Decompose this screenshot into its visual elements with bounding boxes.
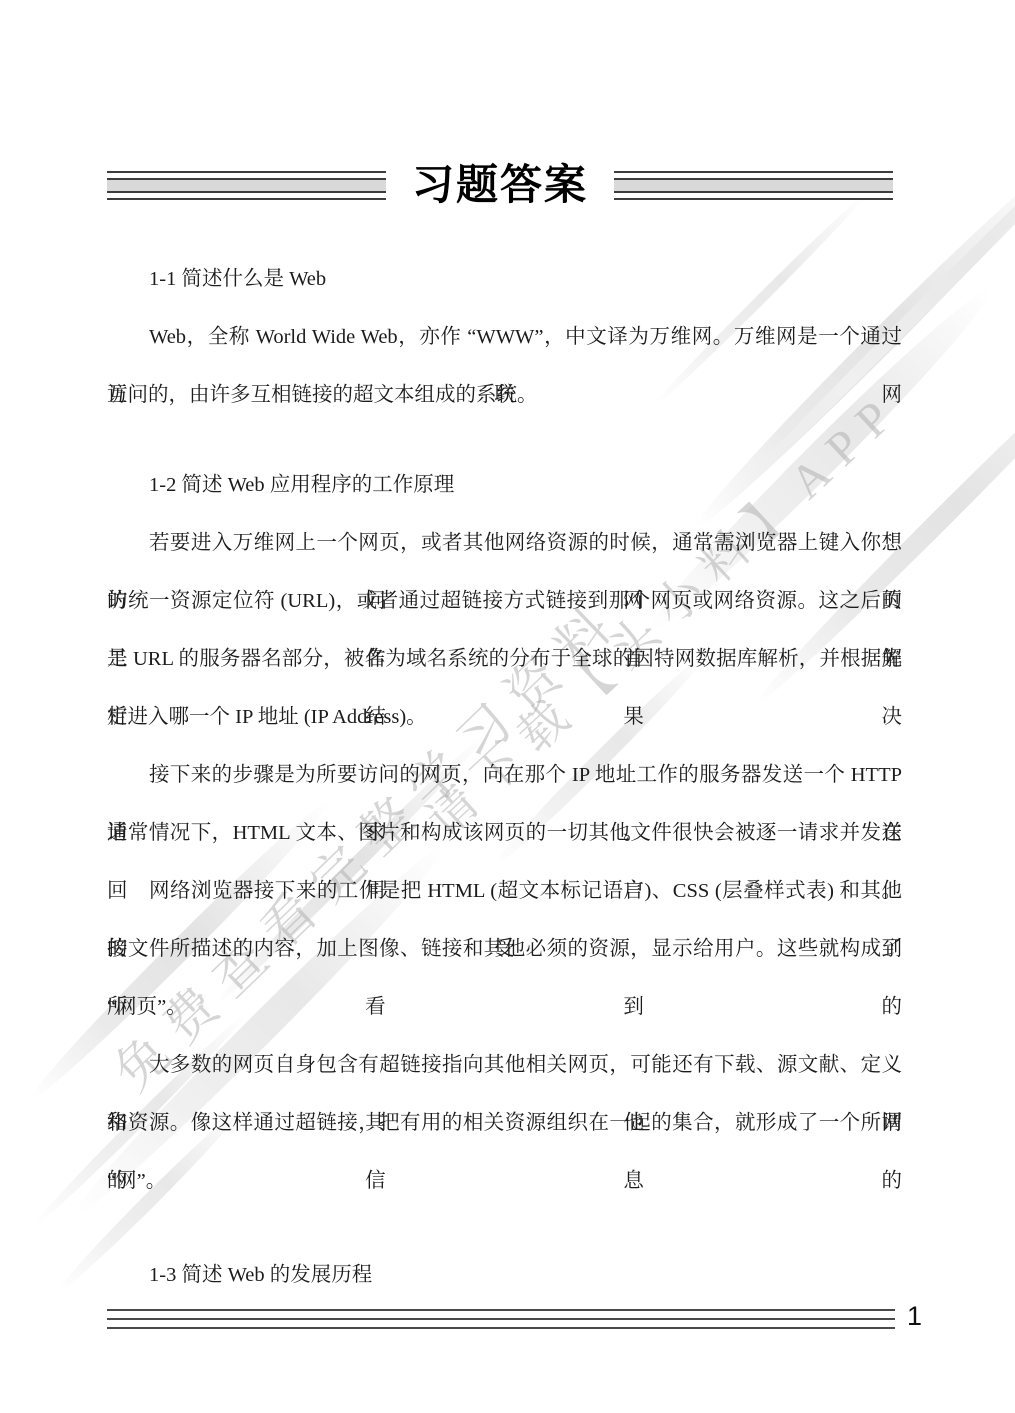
body-line: 若要进入万维网上一个网页，或者其他网络资源的时候，通常需浏览器上键入你想访问网页 bbox=[107, 514, 902, 572]
question-heading-1-3: 1-3 简述 Web 的发展历程 bbox=[107, 1246, 902, 1304]
title-rule-left bbox=[107, 171, 386, 200]
body-line: 络资源。像这样通过超链接，把有用的相关资源组织在一起的集合，就形成了一个所谓的信… bbox=[107, 1094, 902, 1152]
body-line: 是 URL 的服务器名部分，被名为域名系统的分布于全球的因特网数据库解析，并根据… bbox=[107, 630, 902, 688]
title-rule-right bbox=[614, 171, 893, 200]
body-line: 接下来的步骤是为所要访问的网页，向在那个 IP 地址工作的服务器发送一个 HTT… bbox=[107, 746, 902, 804]
chapter-title-row: 习题答案 bbox=[107, 162, 893, 208]
body-line: 的文件所描述的内容，加上图像、链接和其他必须的资源，显示给用户。这些就构成了所看… bbox=[107, 920, 902, 978]
page-number: 1 bbox=[907, 1301, 922, 1332]
body-line: 网络浏览器接下来的工作是把 HTML (超文本标记语言)、CSS (层叠样式表)… bbox=[107, 862, 902, 920]
question-heading-1-2: 1-2 简述 Web 应用程序的工作原理 bbox=[107, 456, 902, 514]
body-line: 大多数的网页自身包含有超链接指向其他相关网页，可能还有下载、源文献、定义和其他网 bbox=[107, 1036, 902, 1094]
footer-rule bbox=[107, 1309, 895, 1329]
page-title: 习题答案 bbox=[412, 162, 588, 208]
body-line: 的统一资源定位符 (URL)，或者通过超链接方式链接到那个网页或网络资源。这之后… bbox=[107, 572, 902, 630]
body-line: Web，全称 World Wide Web，亦作 “WWW”，中文译为万维网。万… bbox=[107, 308, 902, 366]
document-page: 习题答案 1-1 简述什么是 Web Web，全称 World Wide Web… bbox=[0, 0, 1015, 1413]
question-heading-1-1: 1-1 简述什么是 Web bbox=[107, 250, 902, 308]
body-line: 通常情况下，HTML 文本、图片和构成该网页的一切其他文件很快会被逐一请求并发送… bbox=[107, 804, 902, 862]
answers-content: 1-1 简述什么是 Web Web，全称 World Wide Web，亦作 “… bbox=[107, 250, 902, 1304]
